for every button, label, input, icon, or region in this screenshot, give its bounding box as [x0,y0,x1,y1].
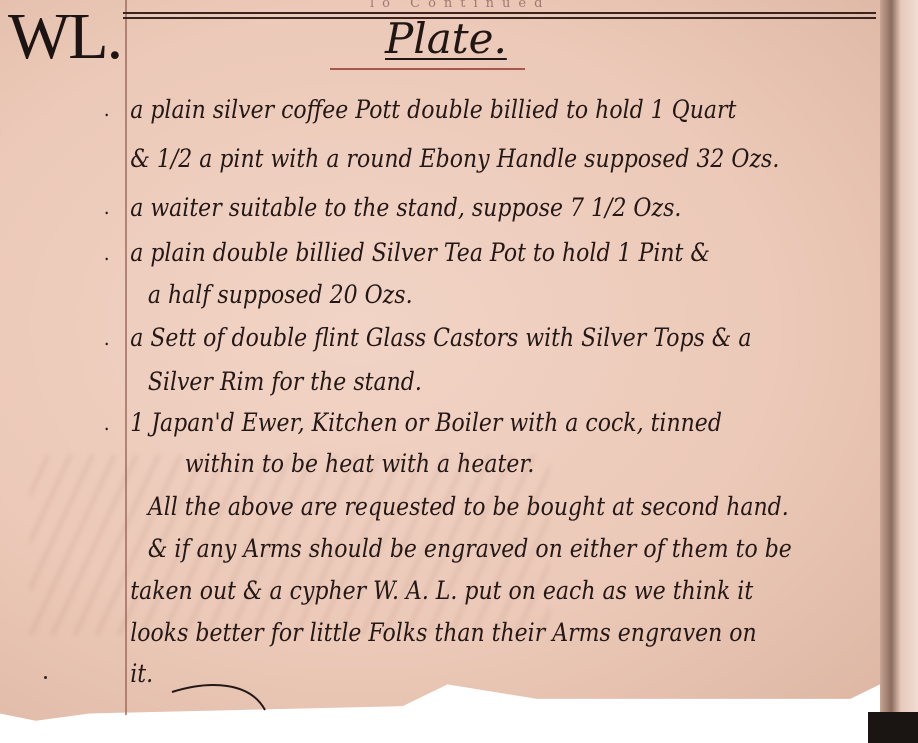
margin-dot [44,676,47,679]
title-underline [330,68,525,70]
entry-list: . a plain silver coffee Pott double bill… [0,85,880,694]
entry-text: a plain silver coffee Pott double billie… [130,85,736,134]
entry-text: looks better for little Folks than their… [130,612,756,654]
bullet-mark: . [104,232,110,274]
entry-line: . a waiter suitable to the stand, suppos… [0,183,774,232]
bullet-mark: . [104,183,110,232]
closing-flourish [170,680,280,720]
entry-text: & if any Arms should be engraved on eith… [148,528,792,570]
entry-text: a plain double billied Silver Tea Pot to… [130,232,710,274]
entry-line: & 1/2 a pint with a round Ebony Handle s… [0,134,774,183]
entry-text: All the above are requested to be bought… [148,486,789,528]
entry-line: taken out & a cypher W. A. L. put on eac… [0,570,774,612]
entry-line: . 1 Japan'd Ewer, Kitchen or Boiler with… [0,404,774,442]
entry-text: taken out & a cypher W. A. L. put on eac… [130,570,753,612]
entry-line: & if any Arms should be engraved on eith… [0,528,774,570]
bullet-mark: . [104,316,110,360]
entry-line: a half supposed 20 Ozs. [0,274,774,316]
entry-line: it. [0,654,774,694]
header-faint-text: lo Continued [370,0,550,11]
page-title: Plate. [385,14,507,63]
entry-text: & 1/2 a pint with a round Ebony Handle s… [130,134,779,183]
entry-line: . a Sett of double flint Glass Castors w… [0,316,774,360]
entry-text: it. [130,654,153,694]
entry-line: . a plain silver coffee Pott double bill… [0,85,774,134]
entry-text: within to be heat with a heater. [185,442,535,486]
bullet-mark: . [104,404,110,442]
entry-line: looks better for little Folks than their… [0,612,774,654]
entry-line: within to be heat with a heater. [0,442,774,486]
entry-line: All the above are requested to be bought… [0,486,774,528]
bullet-mark: . [104,85,110,134]
entry-text: a waiter suitable to the stand, suppose … [130,183,681,232]
entry-line: Silver Rim for the stand. [0,360,774,404]
entry-text: 1 Japan'd Ewer, Kitchen or Boiler with a… [130,404,722,442]
book-binding-gutter [880,0,918,743]
binding-corner [868,712,918,743]
initials-heading: WL. [8,4,121,70]
entry-text: a half supposed 20 Ozs. [148,274,413,316]
entry-text: Silver Rim for the stand. [148,360,422,404]
entry-line: . a plain double billied Silver Tea Pot … [0,232,774,274]
entry-text: a Sett of double flint Glass Castors wit… [130,316,751,360]
